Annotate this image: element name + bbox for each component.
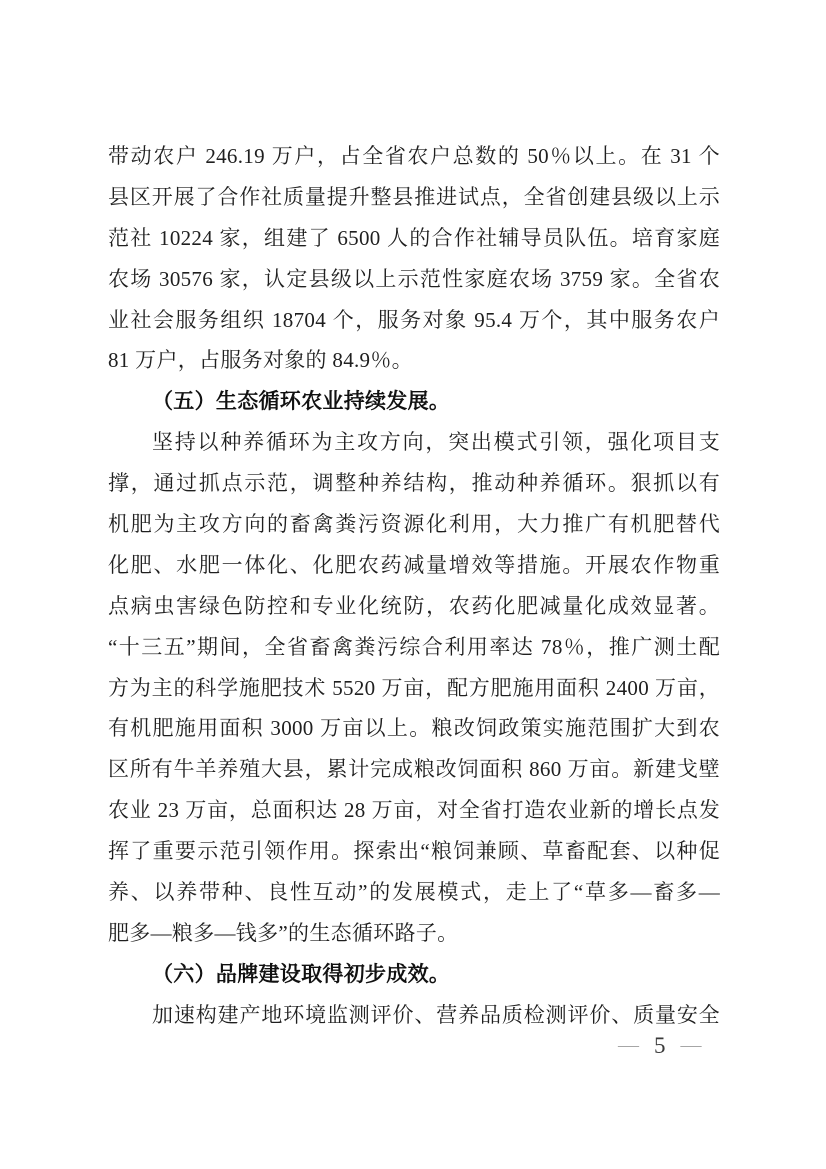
text-line: 业社会服务组织 18704 个，服务对象 95.4 万个，其中服务农户: [108, 300, 720, 341]
page-number: 5: [654, 1034, 666, 1057]
footer-dash-left: —: [618, 1037, 639, 1054]
document-page: 带动农户 246.19 万户，占全省农户总数的 50％以上。在 31 个县区开展…: [0, 0, 826, 1169]
text-line: 挥了重要示范引领作用。探索出“粮饲兼顾、草畜配套、以种促: [108, 831, 720, 872]
text-line: 农场 30576 家，认定县级以上示范性家庭农场 3759 家。全省农: [108, 259, 720, 300]
text-line: 范社 10224 家，组建了 6500 人的合作社辅导员队伍。培育家庭: [108, 218, 720, 259]
section-heading: （六）品牌建设取得初步成效。: [108, 954, 720, 995]
text-line: 坚持以种养循环为主攻方向，突出模式引领，强化项目支: [108, 422, 720, 463]
text-line: 撑，通过抓点示范，调整种养结构，推动种养循环。狠抓以有: [108, 463, 720, 504]
text-line: 养、以养带种、良性互动”的发展模式，走上了“草多—畜多—: [108, 872, 720, 913]
text-line: 化肥、水肥一体化、化肥农药减量增效等措施。开展农作物重: [108, 545, 720, 586]
text-line: 加速构建产地环境监测评价、营养品质检测评价、质量安全: [108, 995, 720, 1036]
text-line: 农业 23 万亩，总面积达 28 万亩，对全省打造农业新的增长点发: [108, 790, 720, 831]
text-line: 机肥为主攻方向的畜禽粪污资源化利用，大力推广有机肥替代: [108, 504, 720, 545]
text-line: 方为主的科学施肥技术 5520 万亩，配方肥施用面积 2400 万亩，: [108, 668, 720, 709]
text-line: 81 万户，占服务对象的 84.9％。: [108, 340, 720, 381]
text-line: 点病虫害绿色防控和专业化统防，农药化肥减量化成效显著。: [108, 586, 720, 627]
text-line: 有机肥施用面积 3000 万亩以上。粮改饲政策实施范围扩大到农: [108, 708, 720, 749]
text-line: 县区开展了合作社质量提升整县推进试点，全省创建县级以上示: [108, 177, 720, 218]
section-heading: （五）生态循环农业持续发展。: [108, 381, 720, 422]
text-line: 肥多—粮多—钱多”的生态循环路子。: [108, 913, 720, 954]
page-footer: — 5 —: [618, 1034, 702, 1057]
footer-dash-right: —: [681, 1037, 702, 1054]
page-body: 带动农户 246.19 万户，占全省农户总数的 50％以上。在 31 个县区开展…: [108, 136, 720, 1036]
text-line: “十三五”期间，全省畜禽粪污综合利用率达 78％，推广测土配: [108, 627, 720, 668]
text-line: 带动农户 246.19 万户，占全省农户总数的 50％以上。在 31 个: [108, 136, 720, 177]
text-line: 区所有牛羊养殖大县，累计完成粮改饲面积 860 万亩。新建戈壁: [108, 749, 720, 790]
